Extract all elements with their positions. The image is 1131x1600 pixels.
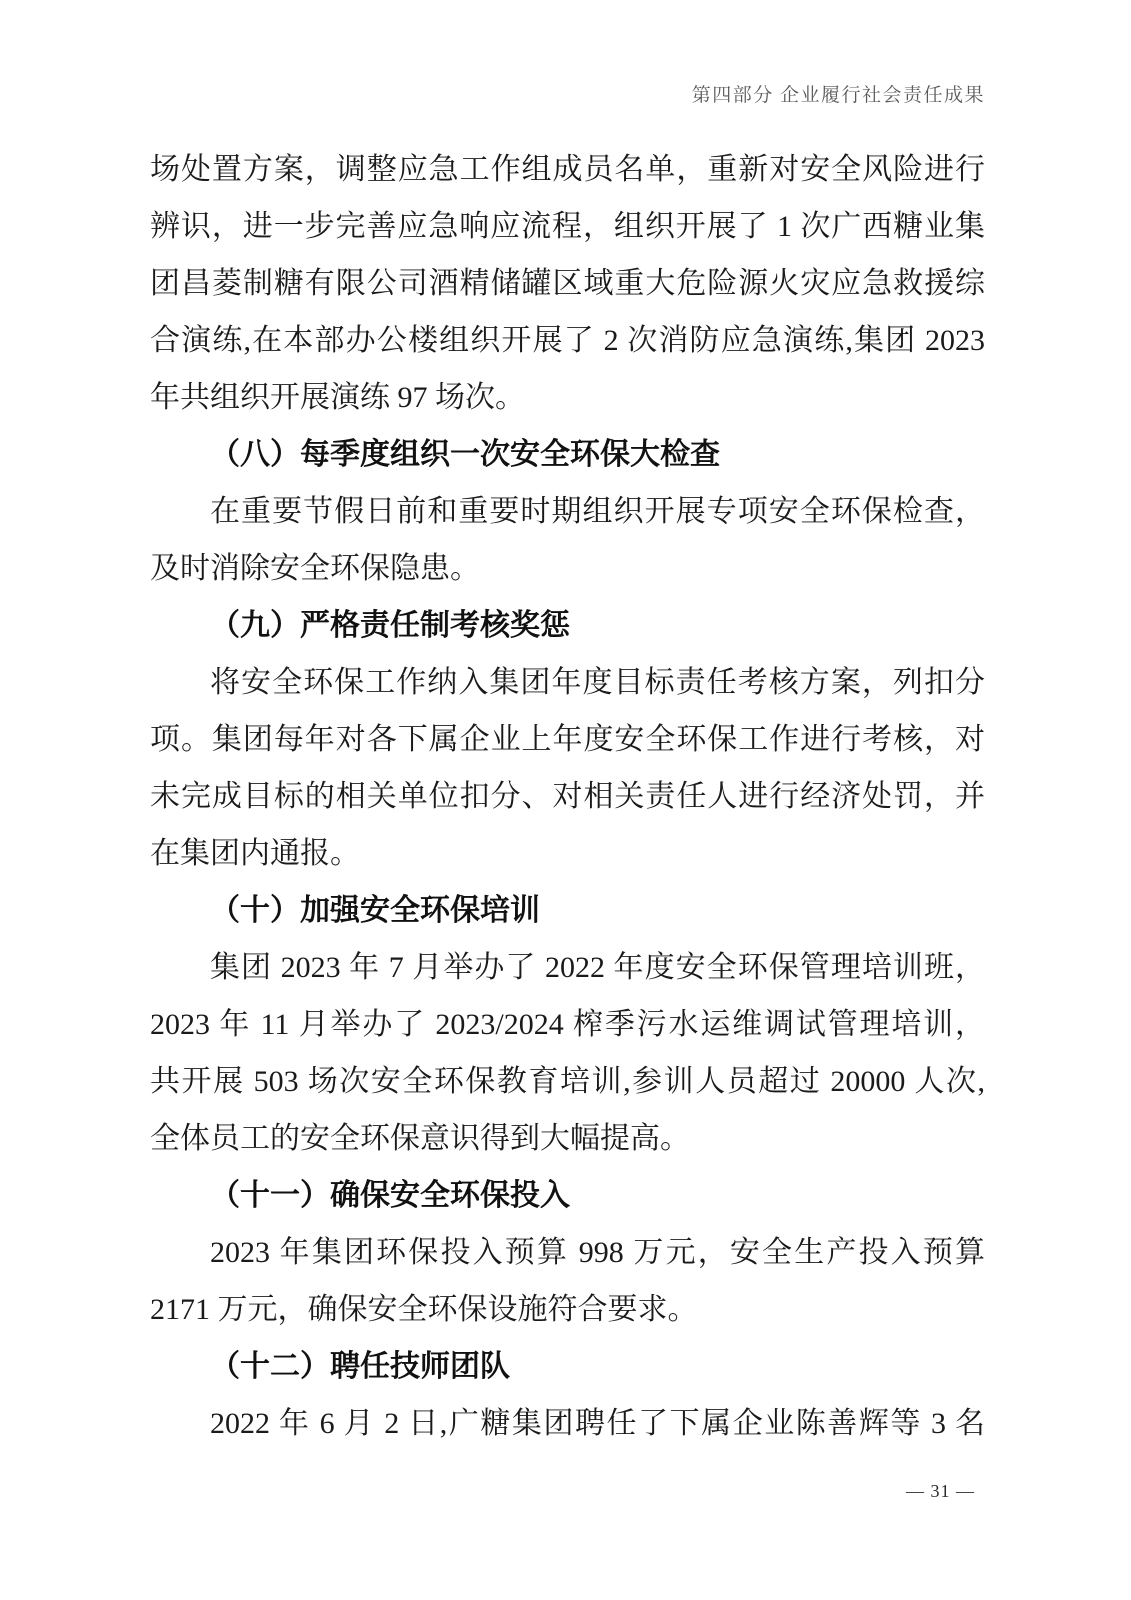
- body-line: 2171 万元，确保安全环保设施符合要求。: [150, 1281, 985, 1338]
- body-line: 场处置方案，调整应急工作组成员名单，重新对安全风险进行: [150, 141, 985, 198]
- body-line: 共开展 503 场次安全环保教育培训,参训人员超过 20000 人次,: [150, 1053, 985, 1110]
- body-line: 及时消除安全环保隐患。: [150, 540, 985, 597]
- document-body: 场处置方案，调整应急工作组成员名单，重新对安全风险进行辨识，进一步完善应急响应流…: [150, 141, 985, 1452]
- page-header-caption: 第四部分 企业履行社会责任成果: [692, 80, 985, 107]
- section-heading: （十二）聘任技师团队: [150, 1338, 985, 1395]
- body-line: 项。集团每年对各下属企业上年度安全环保工作进行考核，对: [150, 711, 985, 768]
- body-line: 全体员工的安全环保意识得到大幅提高。: [150, 1110, 985, 1167]
- page-number: — 31 —: [906, 1481, 975, 1502]
- section-heading: （十一）确保安全环保投入: [150, 1167, 985, 1224]
- body-line: 辨识，进一步完善应急响应流程，组织开展了 1 次广西糖业集: [150, 198, 985, 255]
- body-line: 年共组织开展演练 97 场次。: [150, 369, 985, 426]
- body-line: 2023 年集团环保投入预算 998 万元，安全生产投入预算: [150, 1224, 985, 1281]
- body-line: 合演练,在本部办公楼组织开展了 2 次消防应急演练,集团 2023: [150, 312, 985, 369]
- body-line: 将安全环保工作纳入集团年度目标责任考核方案，列扣分: [150, 654, 985, 711]
- body-line: 团昌菱制糖有限公司酒精储罐区域重大危险源火灾应急救援综: [150, 255, 985, 312]
- section-heading: （八）每季度组织一次安全环保大检查: [150, 426, 985, 483]
- body-line: 在集团内通报。: [150, 825, 985, 882]
- section-heading: （九）严格责任制考核奖惩: [150, 597, 985, 654]
- body-line: 在重要节假日前和重要时期组织开展专项安全环保检查，: [150, 483, 985, 540]
- body-line: 集团 2023 年 7 月举办了 2022 年度安全环保管理培训班，: [150, 939, 985, 996]
- section-heading: （十）加强安全环保培训: [150, 882, 985, 939]
- body-line: 2022 年 6 月 2 日,广糖集团聘任了下属企业陈善辉等 3 名: [150, 1395, 985, 1452]
- body-line: 2023 年 11 月举办了 2023/2024 榨季污水运维调试管理培训，: [150, 996, 985, 1053]
- body-line: 未完成目标的相关单位扣分、对相关责任人进行经济处罚，并: [150, 768, 985, 825]
- document-page: 第四部分 企业履行社会责任成果 场处置方案，调整应急工作组成员名单，重新对安全风…: [0, 0, 1131, 1600]
